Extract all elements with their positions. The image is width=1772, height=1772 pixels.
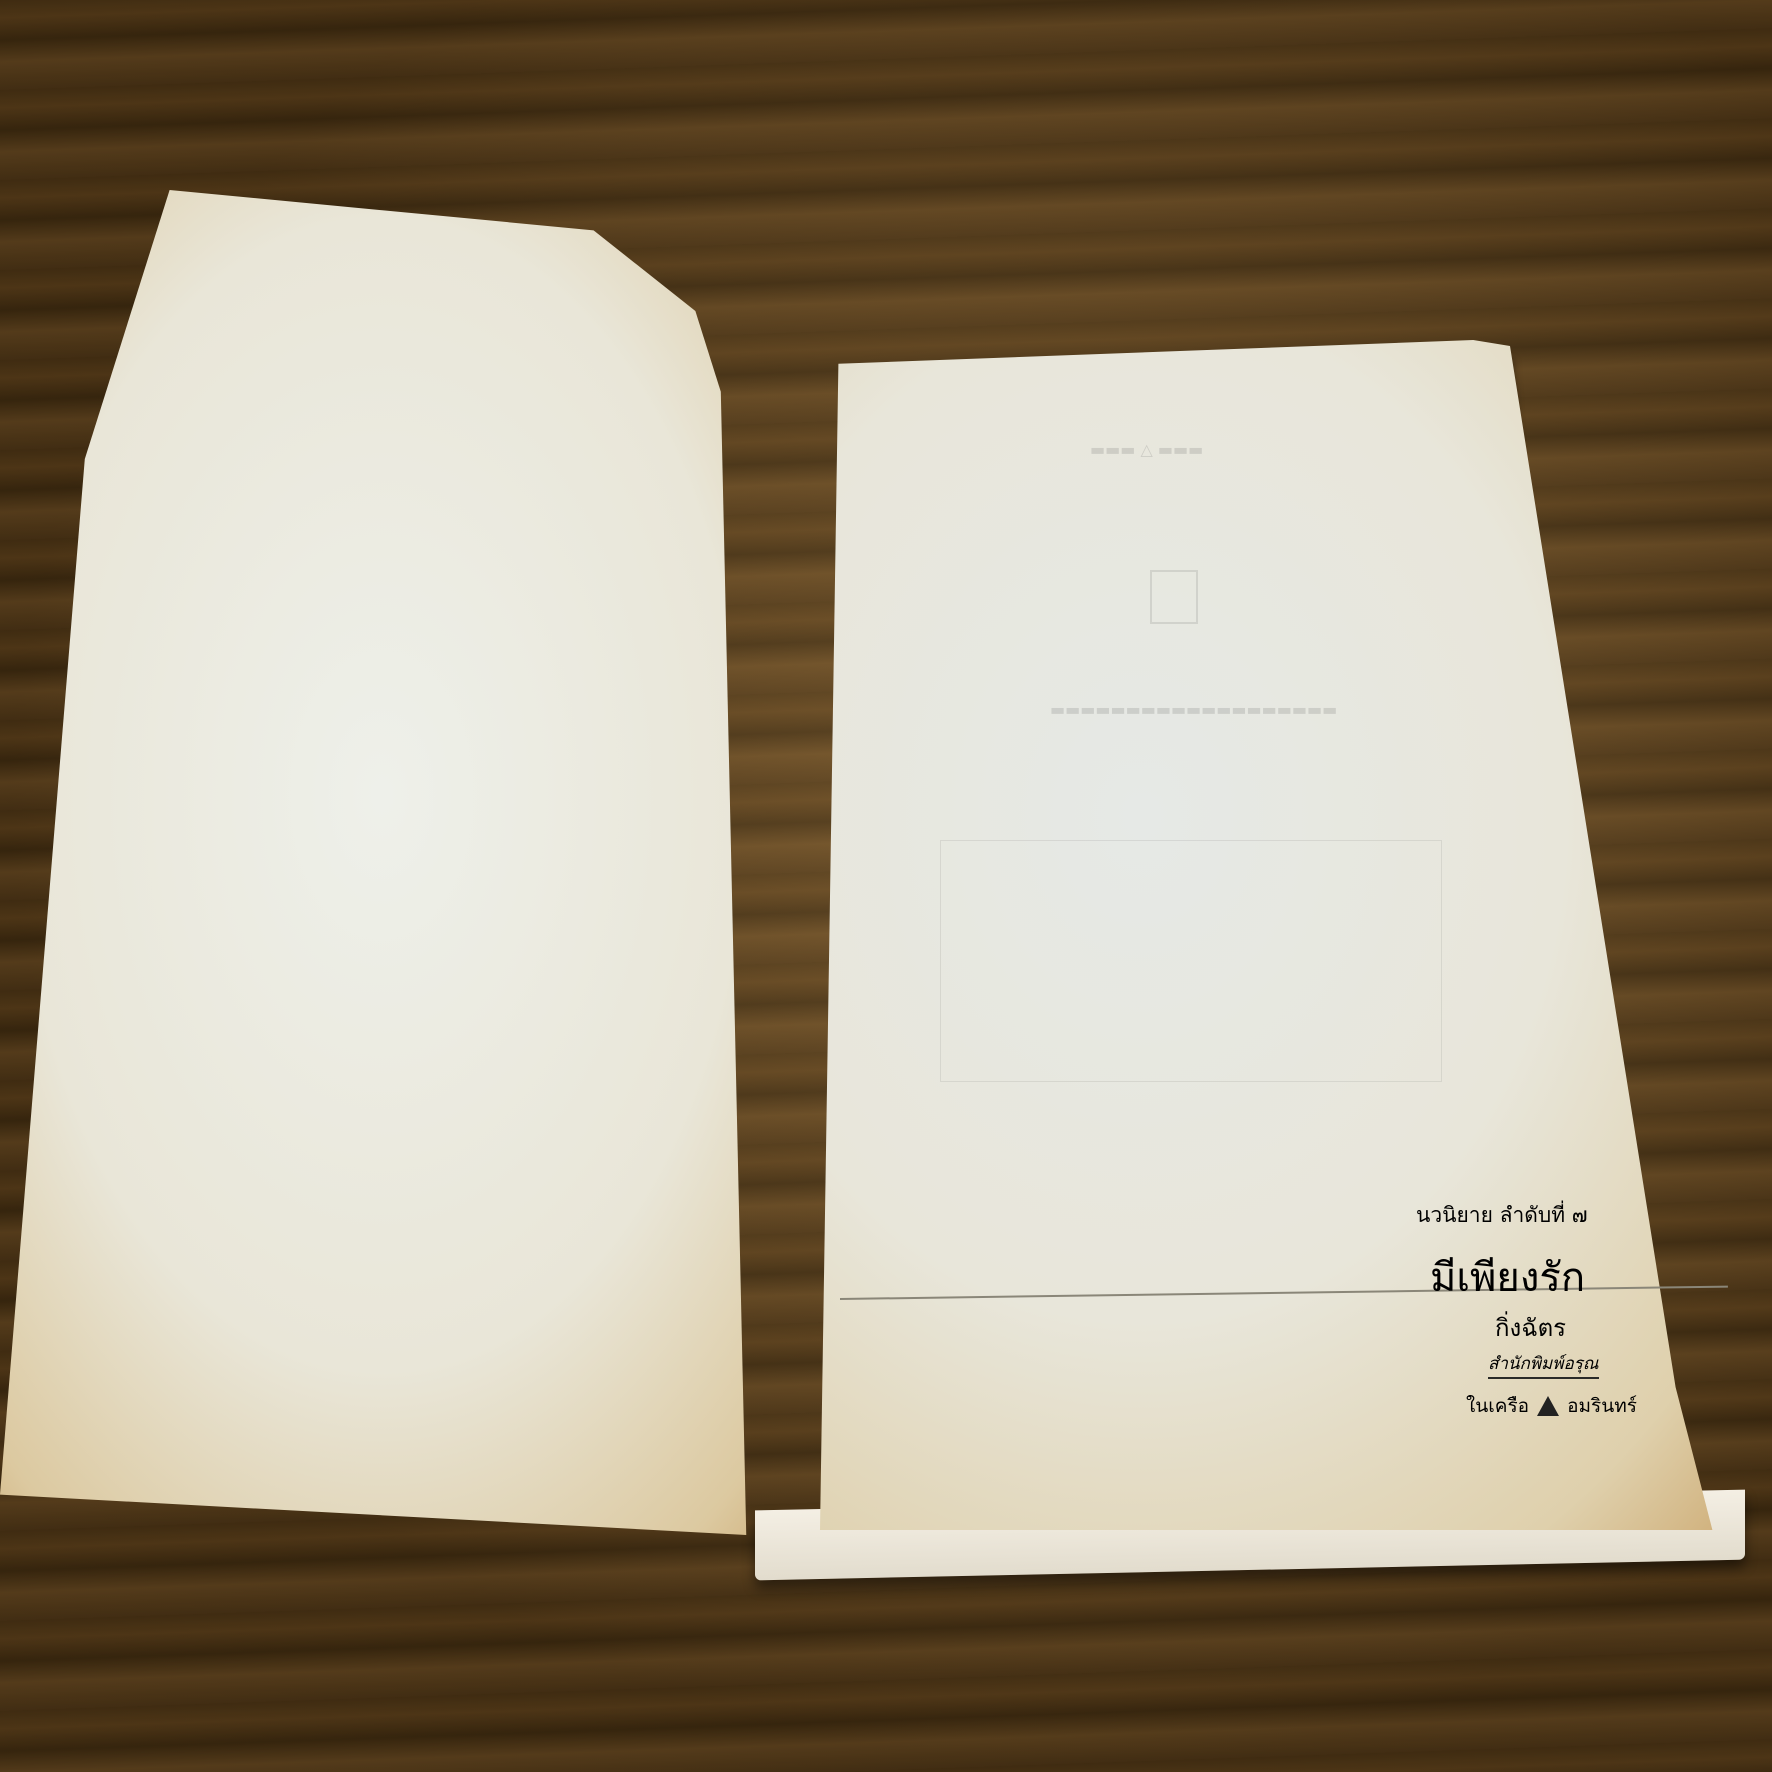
amarin-triangle-logo-icon [1537,1396,1559,1416]
publisher-group: ในเครือ อมรินทร์ [1466,1391,1637,1421]
author-name: กิ่งฉัตร [1495,1308,1566,1347]
publisher-imprint: สำนักพิมพ์อรุณ [1488,1350,1599,1379]
book-title: มีเพียงรัก [1430,1245,1585,1309]
bleed-through-text: ▬▬▬▬▬▬▬▬▬▬▬▬▬▬▬▬▬▬▬ [1050,700,1337,719]
group-prefix: ในเครือ [1466,1391,1529,1421]
bleed-through-logo [1150,570,1198,624]
bleed-through-box [940,840,1442,1082]
group-name: อมรินทร์ [1567,1391,1637,1421]
series-label: นวนิยาย ลำดับที่ ๗ [1416,1199,1588,1232]
bleed-through-text: ▬▬▬ △ ▬▬▬ [1090,440,1203,459]
left-page-blank [0,190,848,1535]
